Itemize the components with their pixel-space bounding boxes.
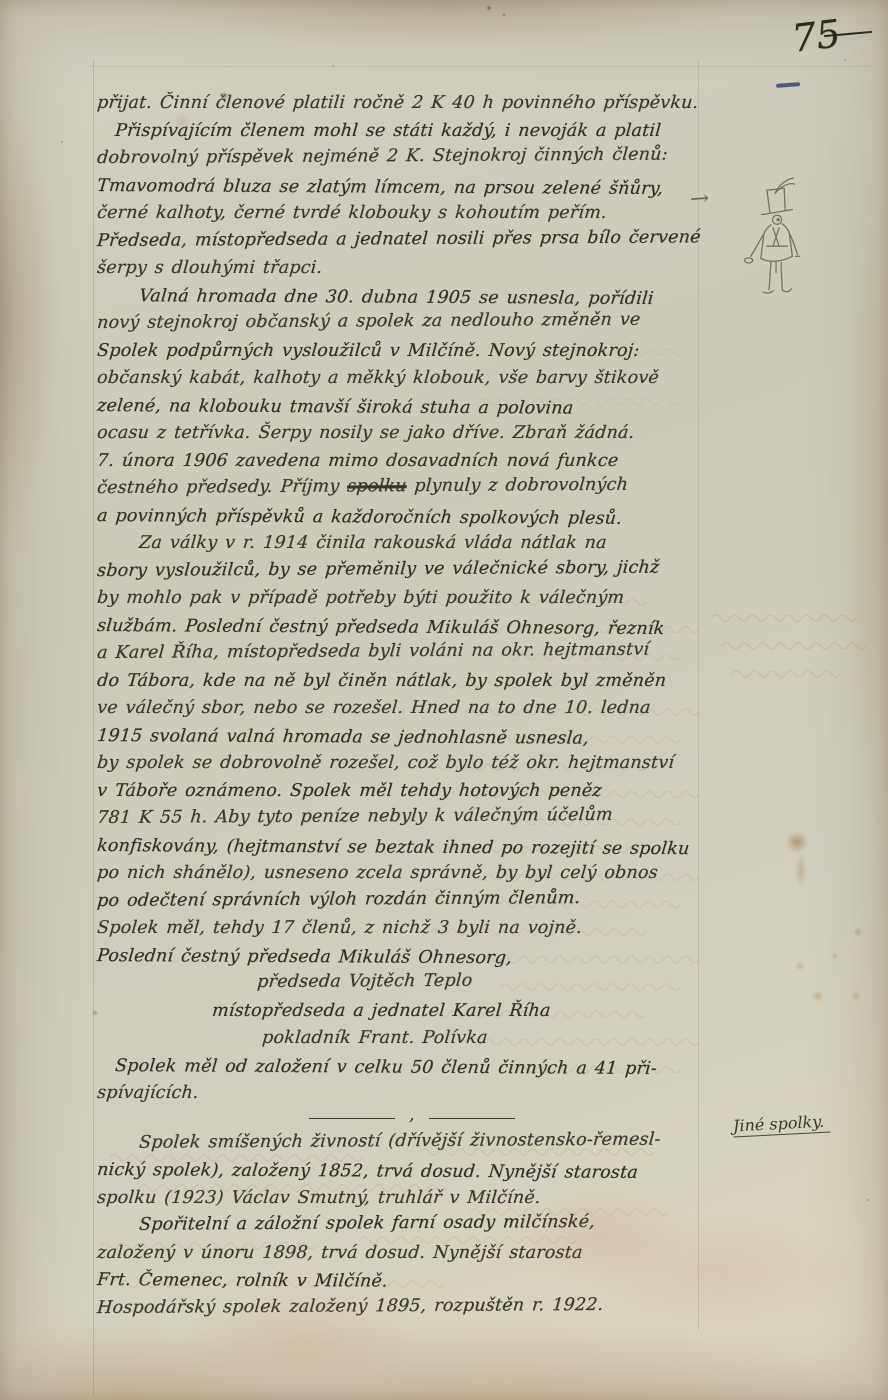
manuscript-line: Spolek měl od založení v celku 50 členů …: [96, 1053, 702, 1084]
manuscript-line: čestného předsedy. Příjmy spolku plynuly…: [96, 471, 703, 502]
manuscript-line: zelené, na klobouku tmavší široká stuha …: [96, 393, 702, 424]
manuscript-line: předseda Vojtěch Teplo: [96, 966, 703, 997]
uniformed-man-sketch-icon: [736, 175, 808, 297]
left-margin-rule: [93, 60, 94, 1395]
manuscript-line: černé kalhoty, černé tvrdé klobouky s ko…: [96, 200, 702, 228]
manuscript-line: šerpy s dlouhými třapci.: [96, 255, 702, 283]
manuscript-line: nický spolek), založený 1852, trvá dosud…: [96, 1157, 702, 1188]
manuscript-line: přijat. Činní členové platili ročně 2 K …: [96, 90, 702, 118]
manuscript-line: nový stejnokroj občanský a spolek za ned…: [96, 306, 703, 337]
manuscript-line: občanský kabát, kalhoty a měkký klobouk,…: [96, 365, 702, 393]
manuscript-line: by spolek se dobrovolně rozešel, což byl…: [96, 750, 702, 778]
manuscript-line: po nich shánělo), usneseno zcela správně…: [96, 860, 702, 888]
manuscript-line: po odečtení správních výloh rozdán činný…: [96, 884, 703, 915]
manuscript-page: { "page": { "number": "75" }, "colors": …: [0, 0, 888, 1400]
manuscript-line: ve válečný sbor, nebo se rozešel. Hned n…: [96, 695, 702, 723]
manuscript-line: místopředseda a jednatel Karel Říha: [96, 998, 702, 1026]
manuscript-line: sbory vysloužilců, by se přeměnily ve vá…: [96, 554, 703, 585]
manuscript-line: Spolek měl, tehdy 17 členů, z nichž 3 by…: [96, 915, 702, 943]
manuscript-line: a povinných příspěvků a každoročních spo…: [96, 503, 702, 534]
manuscript-line: Spolek podpůrných vysloužilců v Milčíně.…: [96, 338, 702, 366]
margin-note-other-societies: Jiné spolky.: [733, 1111, 831, 1137]
manuscript-line: dobrovolný příspěvek nejméně 2 K. Stejno…: [96, 141, 703, 172]
manuscript-line: 781 K 55 h. Aby tyto peníze nebyly k vál…: [96, 801, 703, 832]
manuscript-line: Za války v r. 1914 činila rakouská vláda…: [96, 530, 702, 558]
manuscript-line: spívajících.: [96, 1080, 702, 1108]
top-margin-rule: [90, 66, 870, 67]
manuscript-line: by mohlo pak v případě potřeby býti použ…: [96, 585, 702, 613]
manuscript-line: 1915 svolaná valná hromada se jednohlasn…: [96, 723, 702, 754]
manuscript-line: pokladník Frant. Polívka: [96, 1025, 702, 1053]
manuscript-line: Hospodářský spolek založený 1895, rozpuš…: [96, 1291, 703, 1322]
manuscript-line: ocasu z tetřívka. Šerpy nosily se jako d…: [96, 420, 702, 448]
manuscript-line: založený v únoru 1898, trvá dosud. Nyněj…: [96, 1240, 702, 1268]
manuscript-text-block: přijat. Činní členové platili ročně 2 K …: [97, 90, 701, 1322]
struck-word: spolku: [346, 476, 407, 496]
manuscript-line: Spolek smíšených živností (dřívější živn…: [96, 1126, 703, 1157]
manuscript-line: Předseda, místopředseda a jednatel nosil…: [96, 224, 703, 255]
manuscript-line: konfiskovány, (hejtmanství se beztak ihn…: [96, 833, 702, 864]
manuscript-line: a Karel Říha, místopředseda byli voláni …: [96, 636, 703, 667]
blue-ink-mark: [776, 82, 800, 87]
manuscript-line: Spořitelní a záložní spolek farní osady …: [96, 1208, 703, 1239]
manuscript-line: Tmavomodrá bluza se zlatým límcem, na pr…: [96, 173, 702, 204]
arrow-right-icon: →: [689, 185, 710, 212]
manuscript-line: do Tábora, kde na ně byl činěn nátlak, b…: [96, 668, 702, 696]
